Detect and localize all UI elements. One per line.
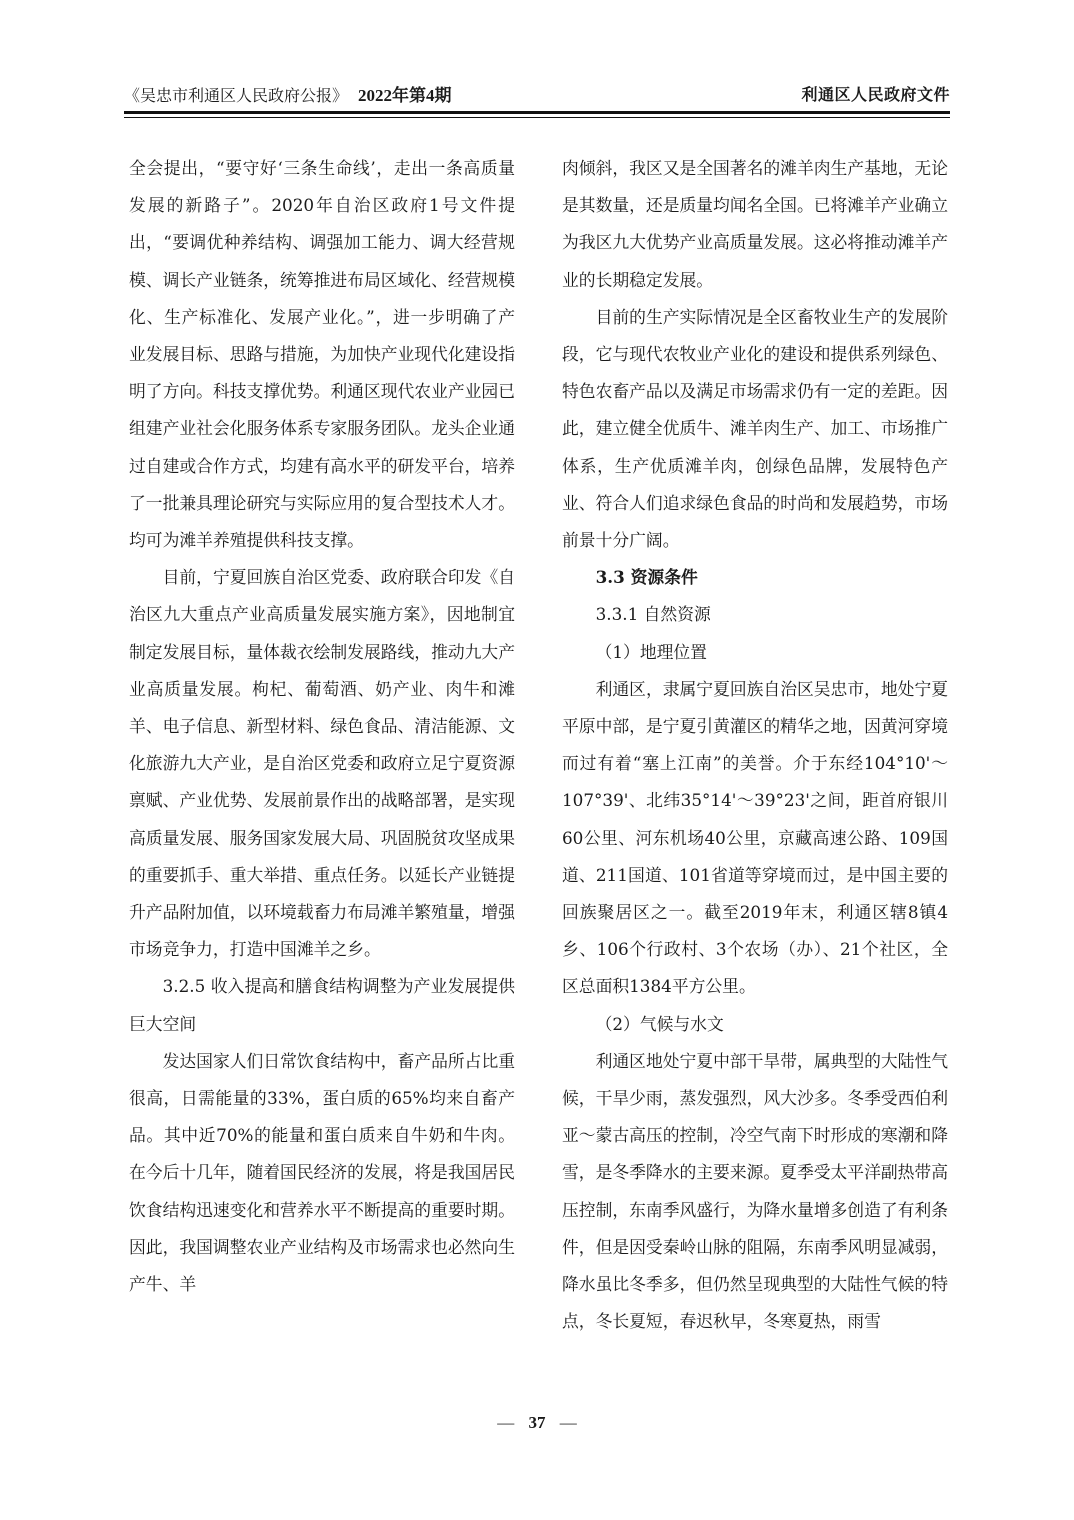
publication-title: 《吴忠市利通区人民政府公报》 xyxy=(124,83,348,106)
page-footer: — 37 — xyxy=(0,1413,1074,1433)
paragraph: 目前，宁夏回族自治区党委、政府联合印发《自治区九大重点产业高质量发展实施方案》，… xyxy=(129,559,515,968)
paragraph: 发达国家人们日常饮食结构中，畜产品所占比重很高，日需能量的33%，蛋白质的65%… xyxy=(129,1043,515,1303)
paragraph: 肉倾斜，我区又是全国著名的滩羊肉生产基地，无论是其数量，还是质量均闻名全国。已将… xyxy=(562,150,948,299)
section-title: 利通区人民政府文件 xyxy=(801,82,950,105)
paragraph: 目前的生产实际情况是全区畜牧业生产的发展阶段，它与现代农牧业产业化的建设和提供系… xyxy=(562,299,948,559)
item-heading-geography: （1）地理位置 xyxy=(562,634,948,671)
paragraph: 全会提出，“要守好‘三条生命线’，走出一条高质量发展的新路子”。2020年自治区… xyxy=(129,150,515,559)
subsection-heading-3-2-5: 3.2.5 收入提高和膳食结构调整为产业发展提供巨大空间 xyxy=(129,968,515,1042)
header-rule-thick xyxy=(124,111,950,114)
header-left: 《吴忠市利通区人民政府公报》 2022年第4期 xyxy=(124,81,452,106)
section-heading-3-3: 3.3 资源条件 xyxy=(562,559,948,596)
right-column: 肉倾斜，我区又是全国著名的滩羊肉生产基地，无论是其数量，还是质量均闻名全国。已将… xyxy=(562,150,948,1341)
footer-dash-left: — xyxy=(497,1413,514,1432)
paragraph: 利通区地处宁夏中部干旱带，属典型的大陆性气候，干旱少雨，蒸发强烈，风大沙多。冬季… xyxy=(562,1043,948,1341)
page-number: 37 xyxy=(529,1413,546,1432)
subsection-heading-3-3-1: 3.3.1 自然资源 xyxy=(562,596,948,633)
running-header: 《吴忠市利通区人民政府公报》 2022年第4期 利通区人民政府文件 xyxy=(124,78,950,108)
left-column: 全会提出，“要守好‘三条生命线’，走出一条高质量发展的新路子”。2020年自治区… xyxy=(129,150,515,1303)
header-rule-thin xyxy=(124,117,950,118)
item-heading-climate: （2）气候与水文 xyxy=(562,1006,948,1043)
paragraph: 利通区，隶属宁夏回族自治区吴忠市，地处宁夏平原中部，是宁夏引黄灌区的精华之地，因… xyxy=(562,671,948,1006)
footer-dash-right: — xyxy=(560,1413,577,1432)
issue-number: 2022年第4期 xyxy=(358,81,452,106)
